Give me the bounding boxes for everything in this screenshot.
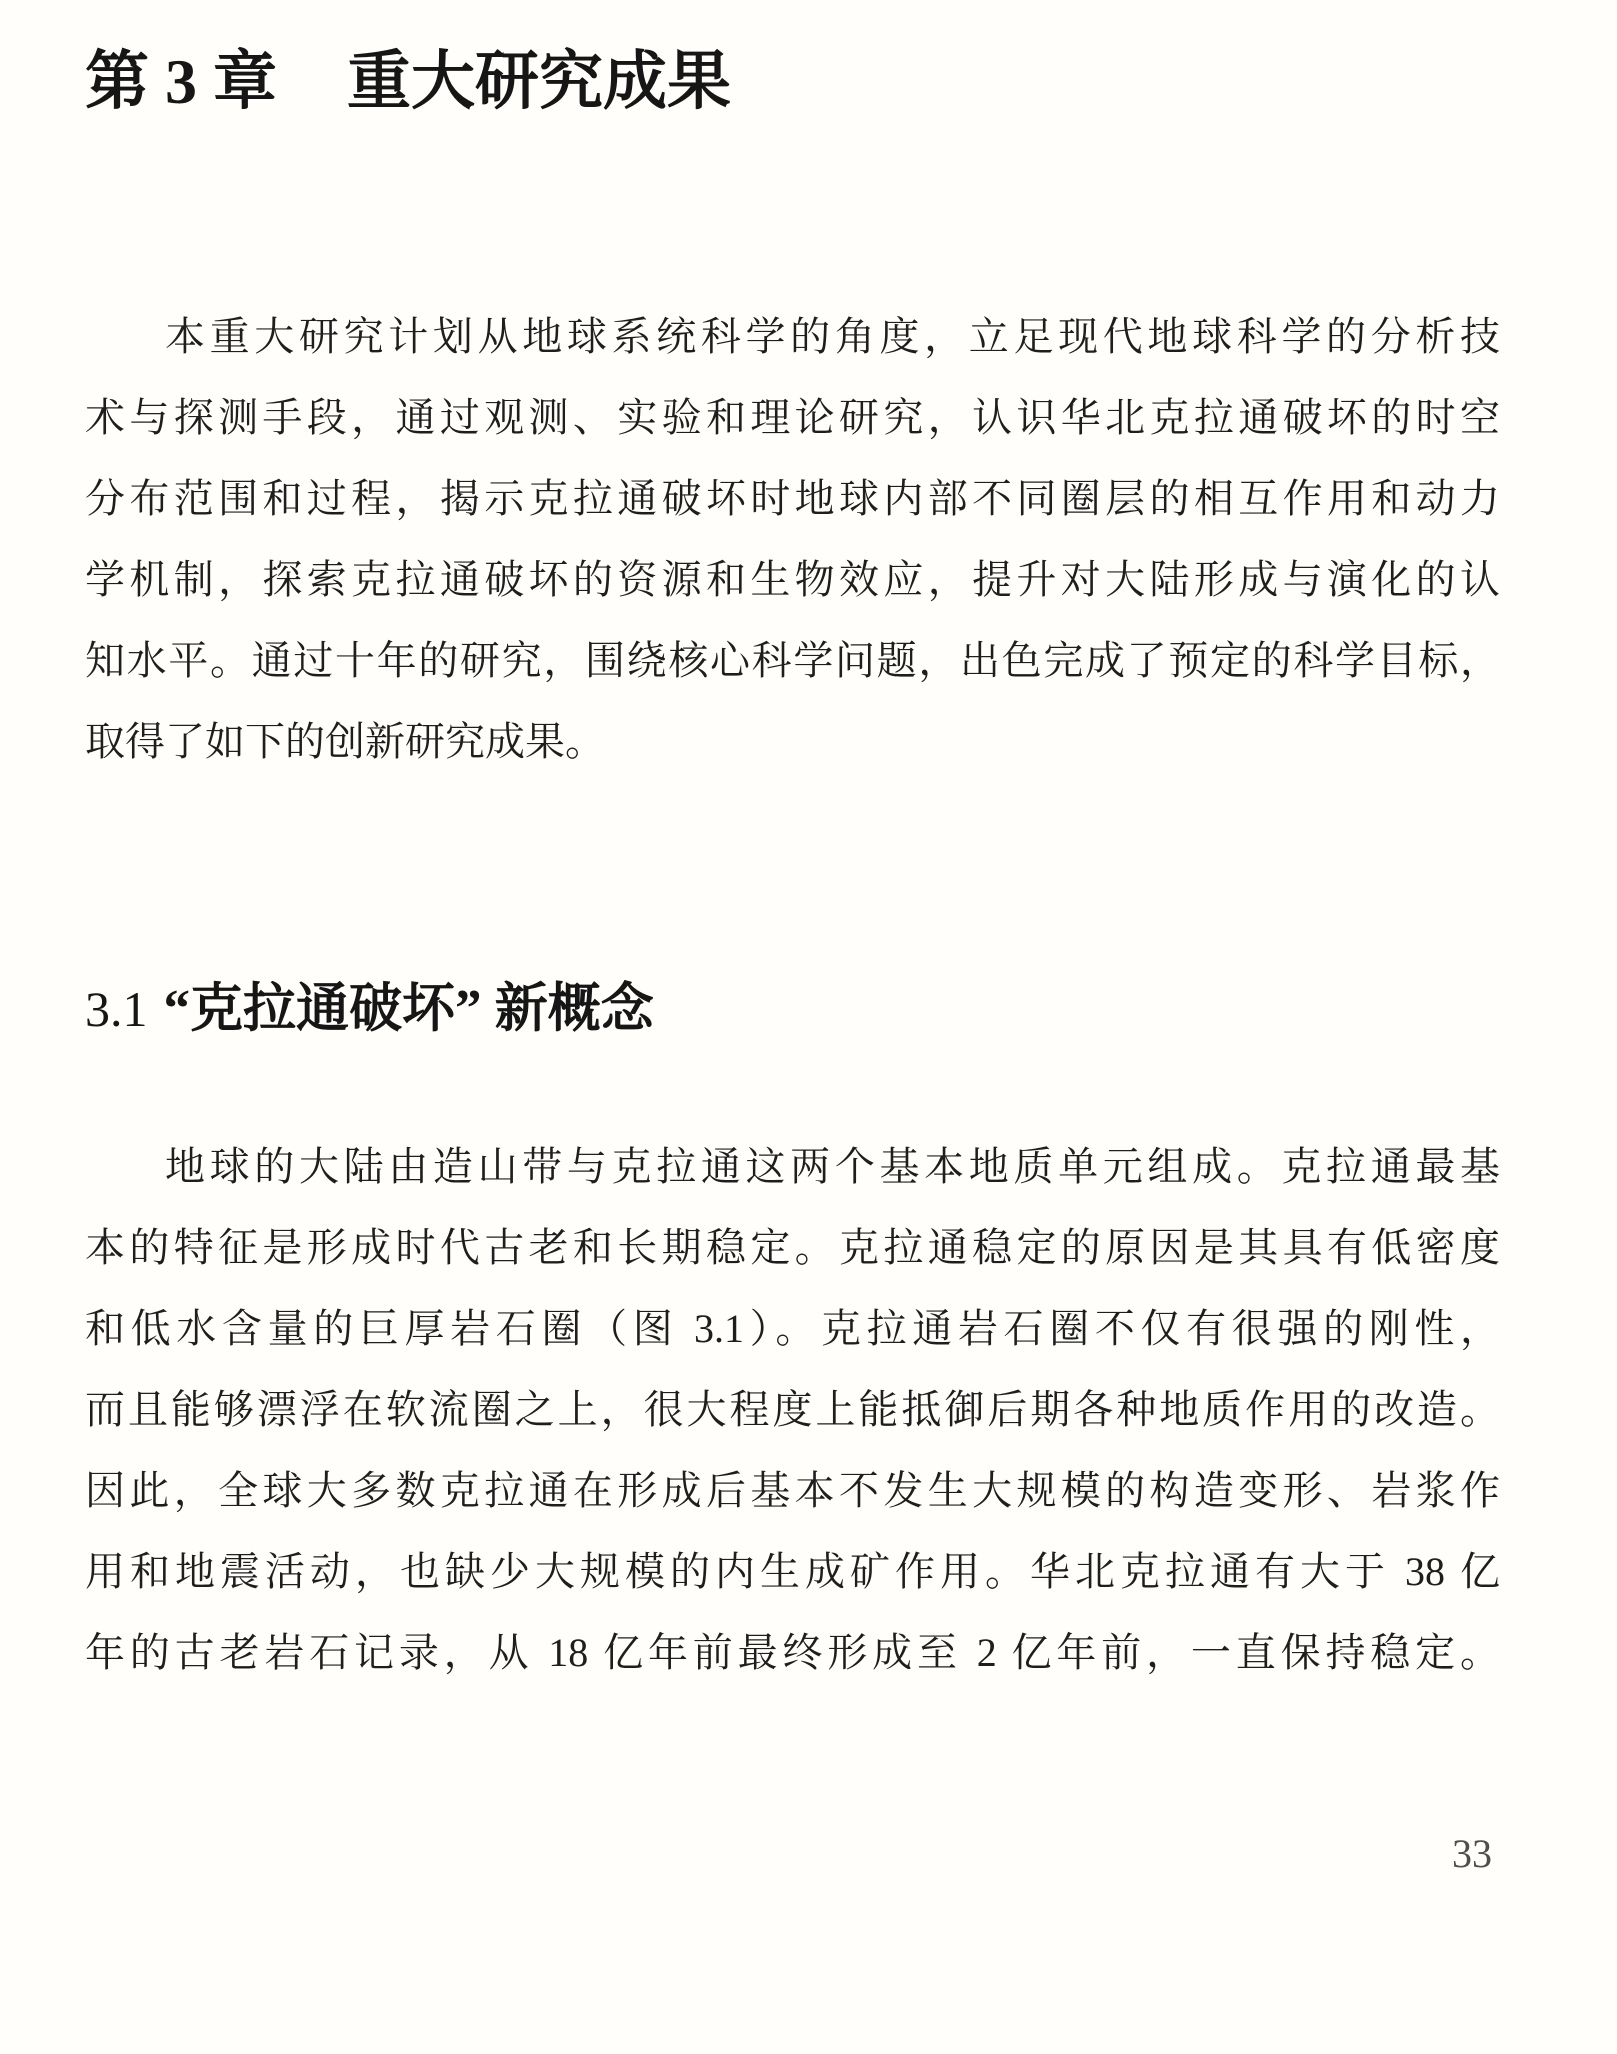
chapter-number: 第 3 章	[85, 46, 277, 117]
paragraph-line: 术与探测手段，通过观测、实验和理论研究，认识华北克拉通破坏的时空	[85, 377, 1500, 458]
paragraph-line: 用和地震活动，也缺少大规模的内生成矿作用。华北克拉通有大于 38 亿	[85, 1531, 1500, 1612]
section-number: 3.1	[85, 980, 148, 1038]
paragraph-line: 本的特征是形成时代古老和长期稳定。克拉通稳定的原因是其具有低密度	[85, 1207, 1500, 1288]
chapter-heading: 第 3 章 重大研究成果	[85, 42, 731, 122]
section-title: “克拉通破坏” 新概念	[164, 966, 654, 1042]
paragraph-line: 而且能够漂浮在软流圈之上，很大程度上能抵御后期各种地质作用的改造。	[85, 1369, 1500, 1450]
paragraph-line: 和低水含量的巨厚岩石圈（图 3.1）。克拉通岩石圈不仅有很强的刚性，	[85, 1288, 1500, 1369]
paragraph-line: 本重大研究计划从地球系统科学的角度，立足现代地球科学的分析技	[85, 296, 1500, 377]
section-heading: 3.1 “克拉通破坏” 新概念	[85, 966, 654, 1042]
body-paragraph: 地球的大陆由造山带与克拉通这两个基本地质单元组成。克拉通最基 本的特征是形成时代…	[85, 1126, 1500, 1693]
paragraph-line: 地球的大陆由造山带与克拉通这两个基本地质单元组成。克拉通最基	[85, 1126, 1500, 1207]
paragraph-line: 学机制，探索克拉通破坏的资源和生物效应，提升对大陆形成与演化的认	[85, 539, 1500, 620]
chapter-title: 重大研究成果	[347, 46, 731, 117]
book-page: 第 3 章 重大研究成果 本重大研究计划从地球系统科学的角度，立足现代地球科学的…	[0, 0, 1617, 2054]
paragraph-line: 知水平。通过十年的研究，围绕核心科学问题，出色完成了预定的科学目标，	[85, 620, 1500, 701]
paragraph-line: 分布范围和过程，揭示克拉通破坏时地球内部不同圈层的相互作用和动力	[85, 458, 1500, 539]
page-number: 33	[1452, 1832, 1492, 1876]
paragraph-line: 年的古老岩石记录，从 18 亿年前最终形成至 2 亿年前，一直保持稳定。	[85, 1612, 1500, 1693]
paragraph-line: 因此，全球大多数克拉通在形成后基本不发生大规模的构造变形、岩浆作	[85, 1450, 1500, 1531]
paragraph-line: 取得了如下的创新研究成果。	[85, 701, 1500, 782]
intro-paragraph: 本重大研究计划从地球系统科学的角度，立足现代地球科学的分析技 术与探测手段，通过…	[85, 296, 1500, 782]
